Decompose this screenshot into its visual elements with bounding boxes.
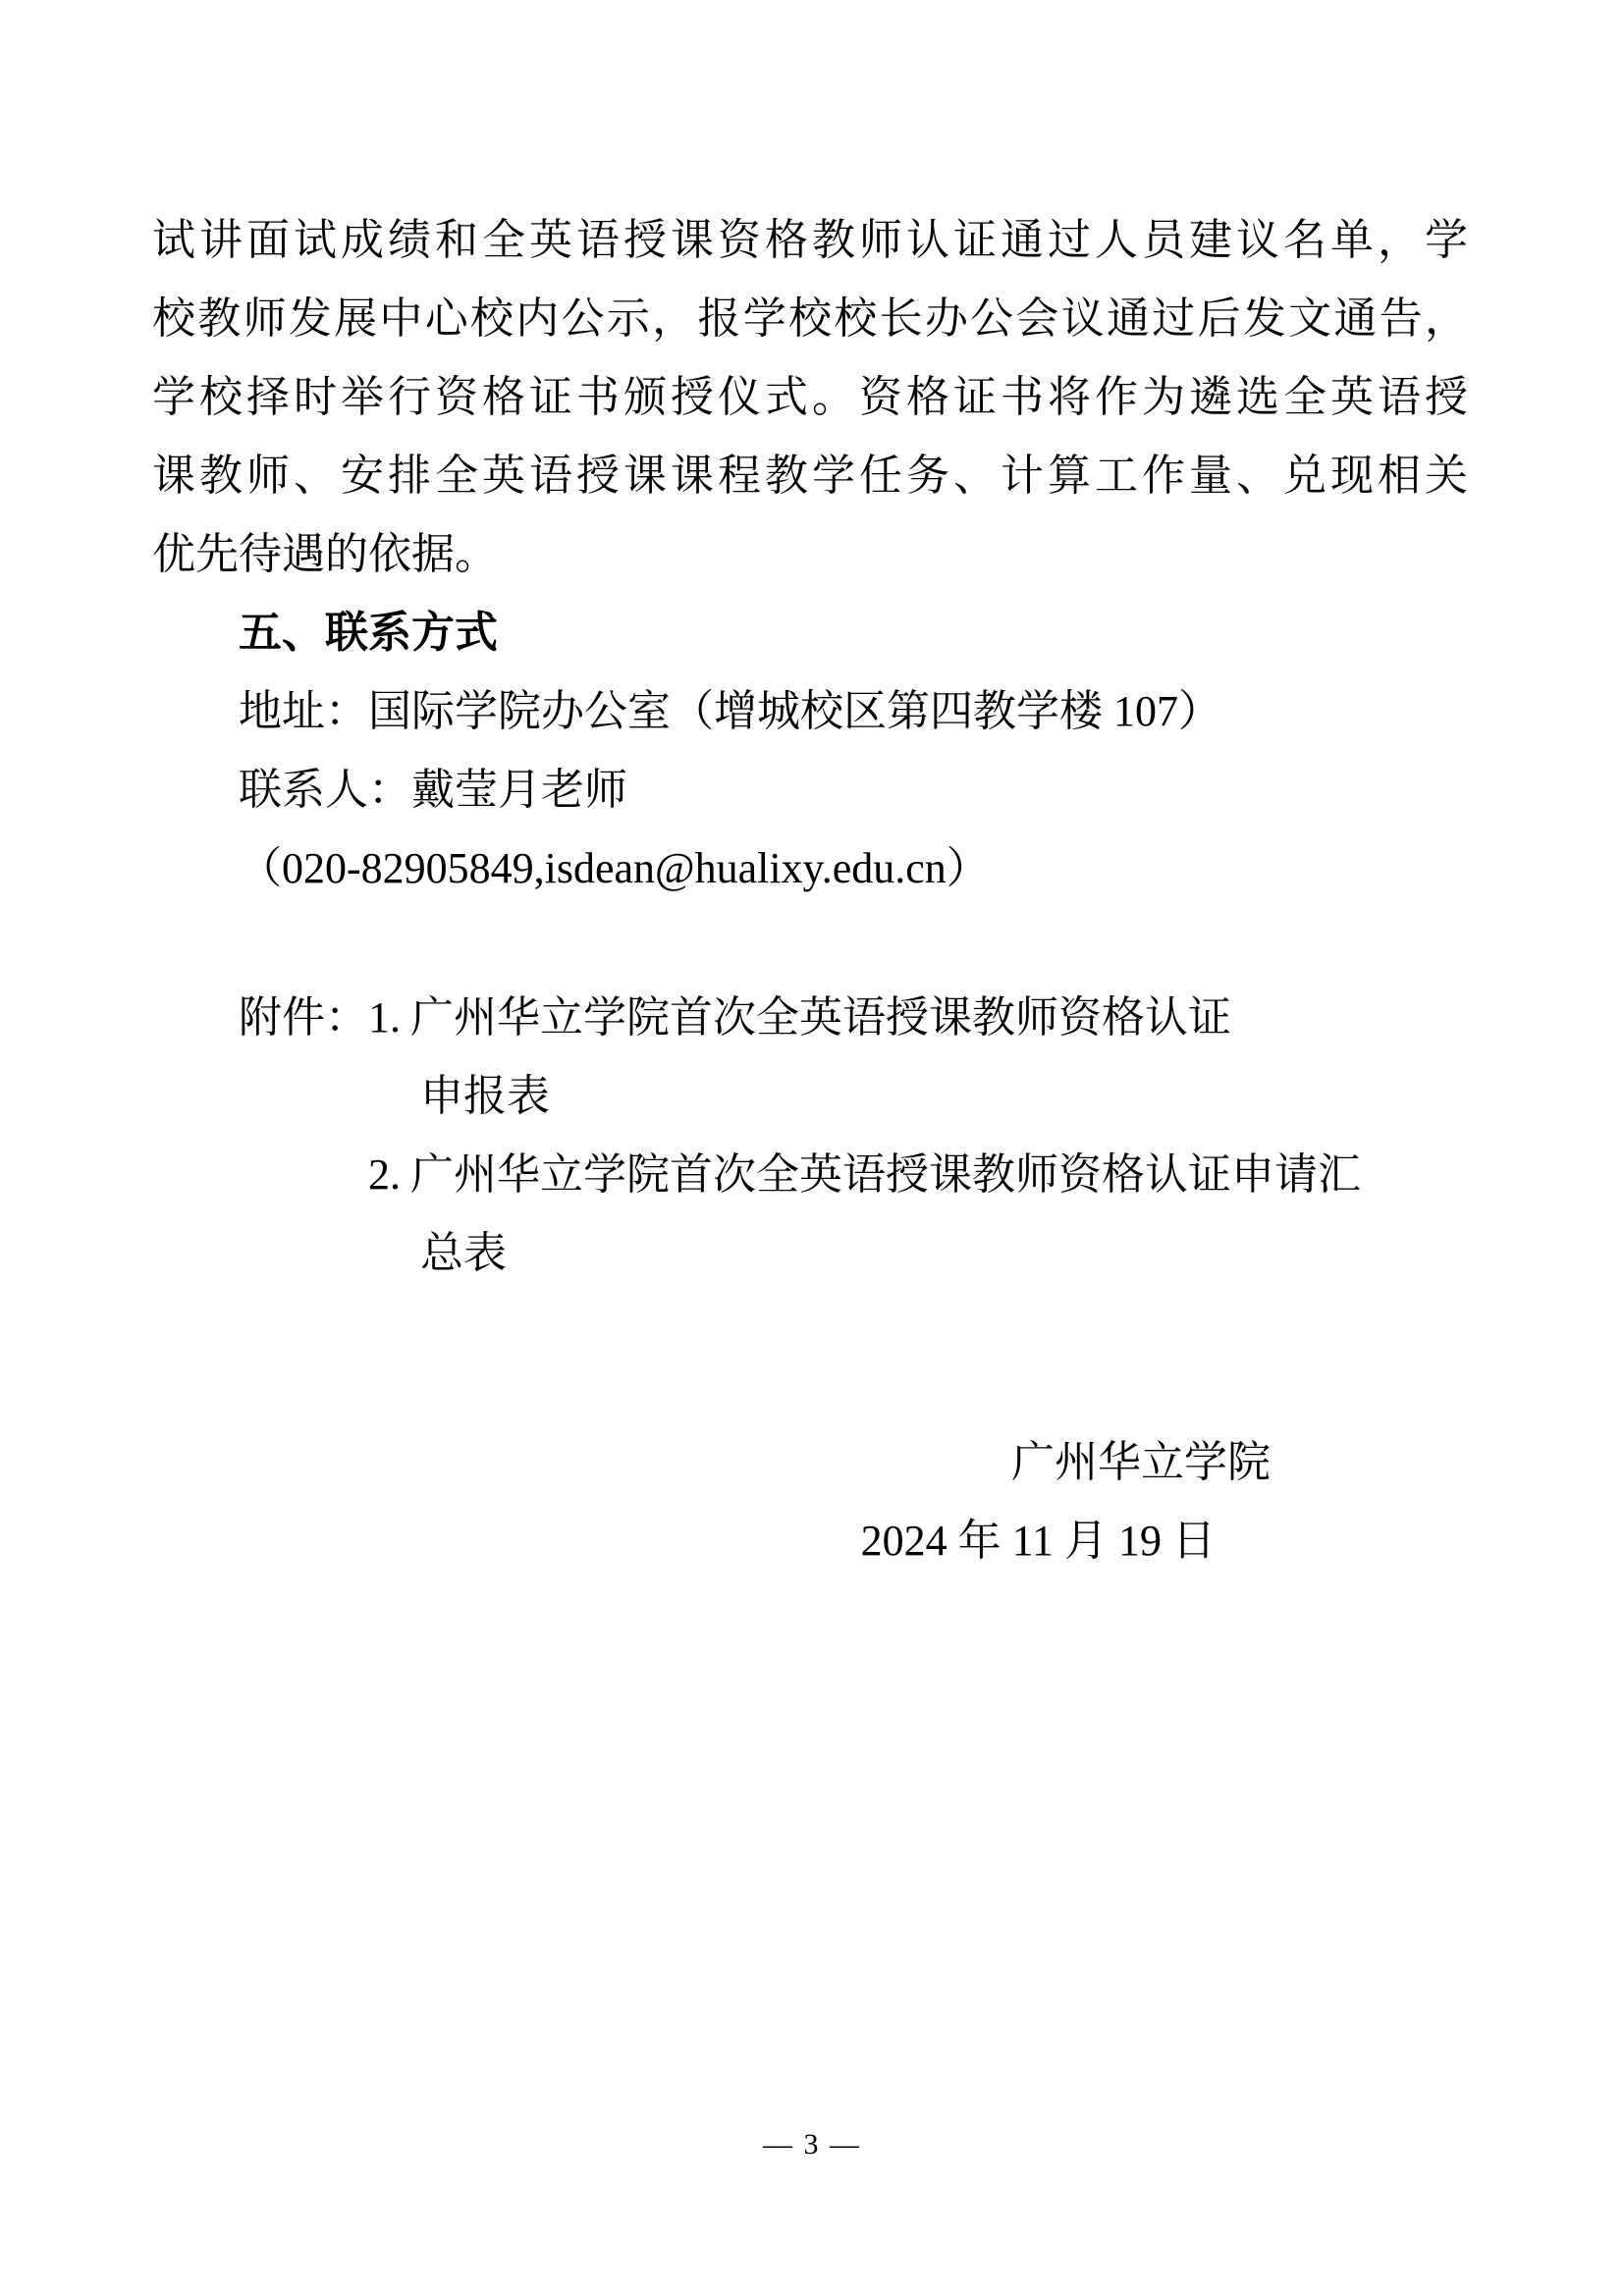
attachment-number: 2.	[368, 1136, 401, 1214]
document-page: 试讲面试成绩和全英语授课资格教师认证通过人员建议名单，学 校教师发展中心校内公示…	[0, 0, 1624, 2296]
address-line: 地址：国际学院办公室（增城校区第四教学楼 107）	[152, 672, 1468, 751]
attachment-line: 2.广州华立学院首次全英语授课教师资格认证申请汇	[152, 1136, 1468, 1214]
attachment-line-continued: 总表	[152, 1214, 1468, 1293]
attachment-item: 2.广州华立学院首次全英语授课教师资格认证申请汇 总表	[152, 1136, 1468, 1293]
paragraph-line: 优先待遇的依据。	[152, 515, 1468, 594]
paragraph-line: 试讲面试成绩和全英语授课资格教师认证通过人员建议名单，学	[152, 201, 1468, 280]
page-content: 试讲面试成绩和全英语授课资格教师认证通过人员建议名单，学 校教师发展中心校内公示…	[0, 0, 1624, 1580]
signature-organization: 广州华立学院	[152, 1423, 1468, 1502]
paragraph-line: 校教师发展中心校内公示，报学校校长办公会议通过后发文通告，	[152, 280, 1468, 358]
section-heading: 五、联系方式	[152, 594, 1468, 672]
phone-email-line: （020-82905849,isdean@hualixy.edu.cn）	[152, 829, 1468, 908]
attachment-title: 广州华立学院首次全英语授课教师资格认证	[410, 993, 1231, 1041]
page-number: — 3 —	[0, 2125, 1624, 2164]
paragraph-line: 学校择时举行资格证书颁授仪式。资格证书将作为遴选全英语授	[152, 358, 1468, 437]
body-paragraph: 试讲面试成绩和全英语授课资格教师认证通过人员建议名单，学 校教师发展中心校内公示…	[152, 201, 1468, 594]
attachment-title: 广州华立学院首次全英语授课教师资格认证申请汇	[410, 1150, 1361, 1199]
signature-date: 2024 年 11 月 19 日	[152, 1502, 1468, 1580]
attachments-label: 附件：	[239, 979, 368, 1057]
attachments-block: 附件： 1.广州华立学院首次全英语授课教师资格认证 申报表 2.广州华立学院首次…	[152, 979, 1468, 1293]
attachment-line-continued: 申报表	[152, 1057, 1468, 1136]
attachment-number: 1.	[368, 979, 401, 1057]
contact-person-line: 联系人：戴莹月老师	[152, 751, 1468, 829]
paragraph-line: 课教师、安排全英语授课课程教学任务、计算工作量、兑现相关	[152, 437, 1468, 515]
